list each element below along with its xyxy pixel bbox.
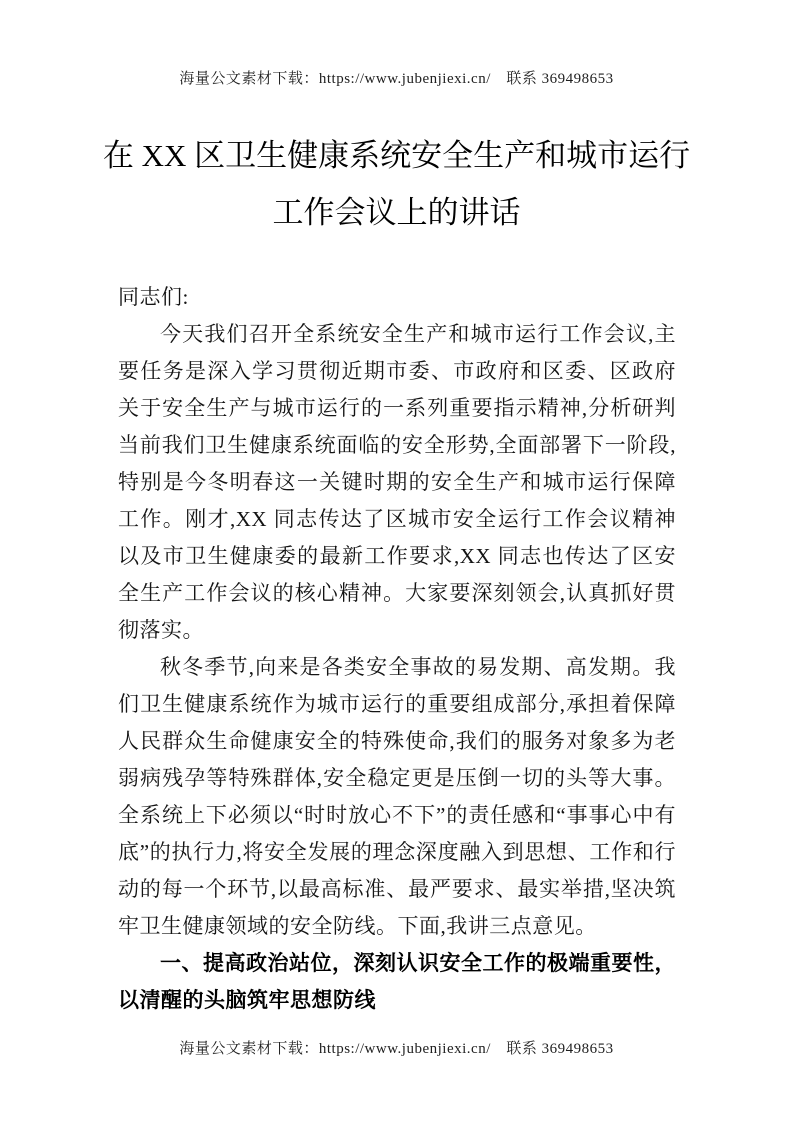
paragraph: 秋冬季节,向来是各类安全事故的易发期、高发期。我们卫生健康系统作为城市运行的重要… [118, 649, 676, 945]
footer-watermark-text: 海量公文素材下载：https://www.jubenjiexi.cn/ 联系 3… [179, 1041, 613, 1057]
header-watermark: 海量公文素材下载：https://www.jubenjiexi.cn/ 联系 3… [0, 67, 793, 88]
header-watermark-text: 海量公文素材下载：https://www.jubenjiexi.cn/ 联系 3… [179, 71, 613, 87]
paragraph: 安全生产与城市运行安全,是发展的底线,是民生的保障, [118, 1019, 676, 1023]
section-heading: 一、提高政治站位，深刻认识安全工作的极端重要性，以清醒的头脑筑牢思想防线 [118, 945, 676, 1019]
title-line-2: 工作会议上的讲话 [59, 184, 734, 241]
document-body: 同志们: 今天我们召开全系统安全生产和城市运行工作会议,主要任务是深入学习贯彻近… [118, 279, 676, 1023]
title-line-1: 在 XX 区卫生健康系统安全生产和城市运行 [59, 127, 734, 184]
footer-watermark: 海量公文素材下载：https://www.jubenjiexi.cn/ 联系 3… [0, 1037, 793, 1058]
document-title: 在 XX 区卫生健康系统安全生产和城市运行 工作会议上的讲话 [59, 127, 734, 241]
salutation: 同志们: [118, 279, 676, 316]
paragraph: 今天我们召开全系统安全生产和城市运行工作会议,主要任务是深入学习贯彻近期市委、市… [118, 316, 676, 649]
document-page: 海量公文素材下载：https://www.jubenjiexi.cn/ 联系 3… [0, 0, 793, 1122]
